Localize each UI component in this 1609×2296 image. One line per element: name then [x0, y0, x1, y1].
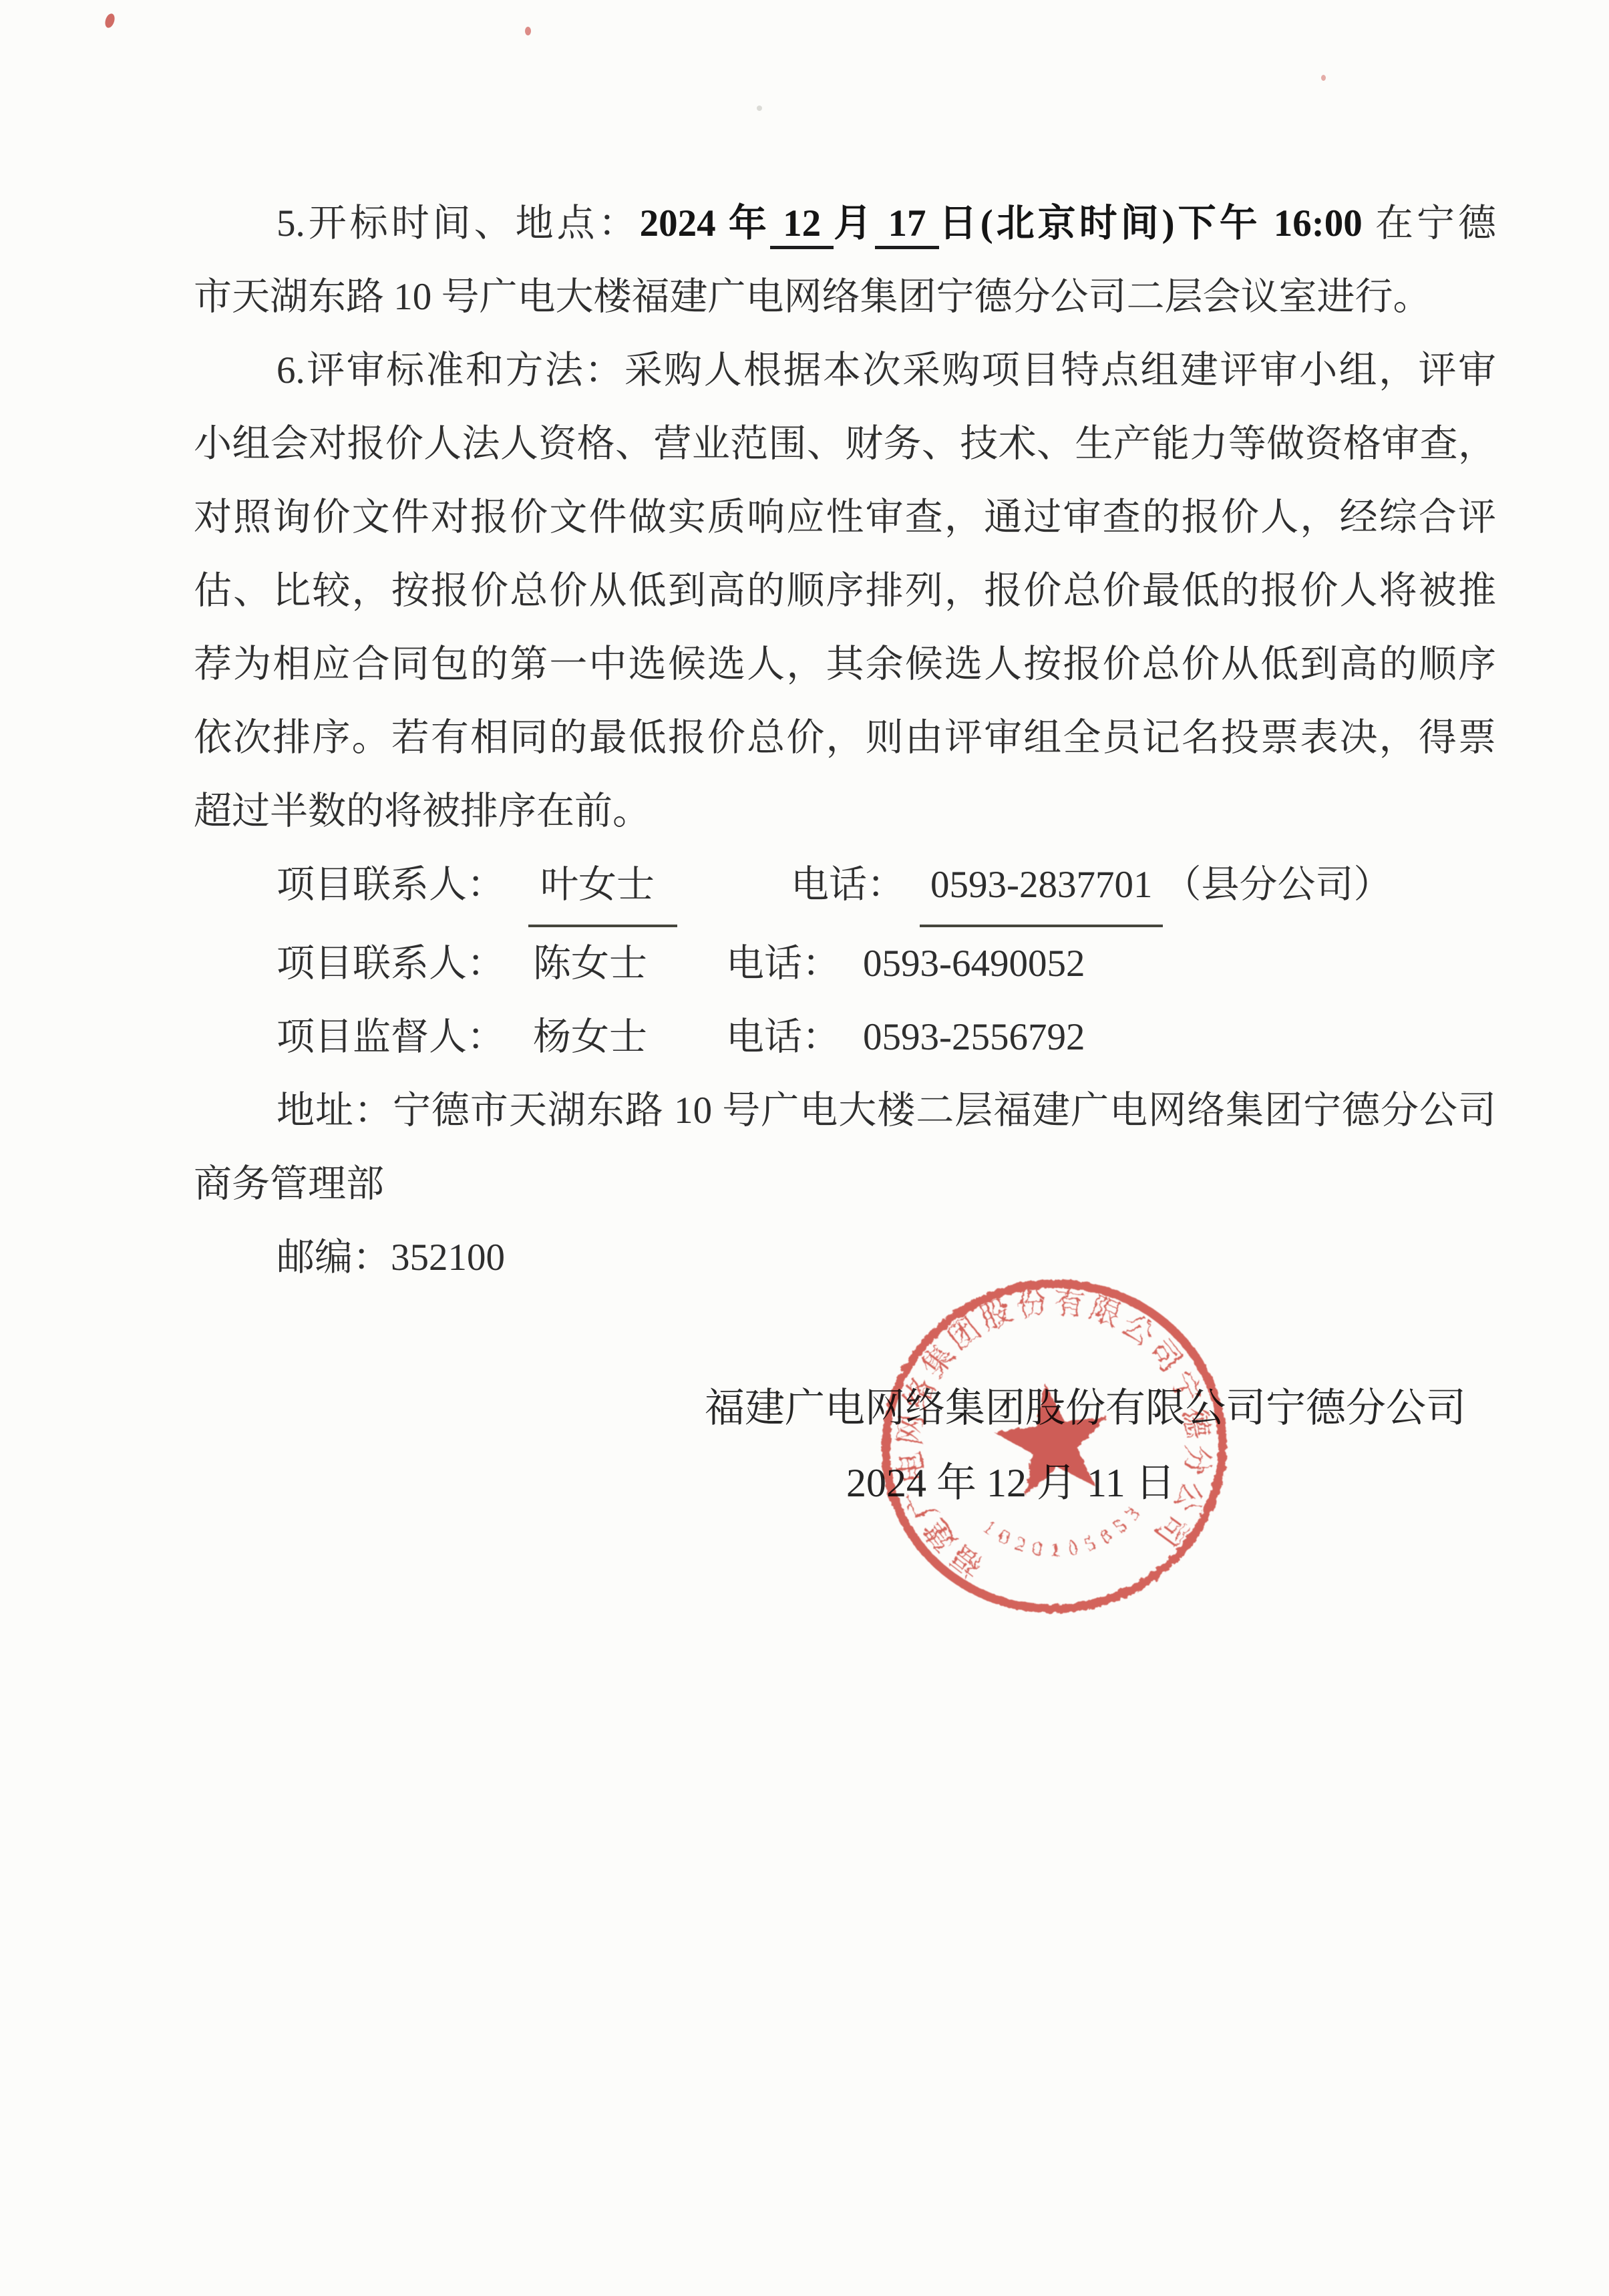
body-line-review-3: 对照询价文件对报价文件做实质响应性审查，通过审查的报价人，经综合评: [194, 481, 1496, 554]
contact-name: 杨女士: [533, 1001, 647, 1074]
body-line-opening-place: 市天湖东路 10 号广电大楼福建广电网络集团宁德分公司二层会议室进行。: [194, 261, 1496, 334]
signature-company-name: 福建广电网络集团股份有限公司宁德分公司: [194, 1371, 1496, 1445]
body-line-review-4: 估、比较，按报价总价从低到高的顺序排列，报价总价最低的报价人将被推: [194, 554, 1496, 628]
contact-name: 陈女士: [533, 927, 647, 1001]
opening-date-day-value: 17: [875, 202, 938, 249]
phone-label: 电话：: [791, 848, 905, 922]
contact-name-underlined: 叶女士: [528, 848, 677, 927]
scanned-document-page: 5.开标时间、地点：2024 年 12 月 17 日(北京时间)下午 16:00…: [0, 0, 1609, 2296]
phone-suffix: （县分公司）: [1163, 864, 1391, 906]
contact-label: 项目联系人：: [277, 848, 505, 922]
body-line-review-5: 荐为相应合同包的第一中选候选人，其余候选人按报价总价从低到高的顺序: [194, 628, 1496, 701]
item5-label: 5.开标时间、地点：: [277, 202, 640, 244]
address-line-2: 商务管理部: [194, 1148, 1496, 1221]
postal-code-line: 邮编：352100: [194, 1221, 1496, 1295]
body-line-review-6: 依次排序。若有相同的最低报价总价，则由评审组全员记名投票表决，得票: [194, 701, 1496, 775]
red-ink-speck: [525, 27, 531, 35]
red-ink-speck: [1321, 75, 1326, 81]
signature-date: 2024 年 12 月 11 日: [194, 1445, 1496, 1522]
phone-label: 电话：: [726, 1001, 840, 1074]
address-line-1: 地址：宁德市天湖东路 10 号广电大楼二层福建广电网络集团宁德分公司: [194, 1074, 1496, 1148]
body-line-review-2: 小组会对报价人法人资格、营业范围、财务、技术、生产能力等做资格审查，: [194, 407, 1496, 481]
opening-place-lead: 在宁德: [1363, 202, 1496, 244]
contact-label: 项目联系人：: [277, 927, 505, 1001]
body-line-opening-time: 5.开标时间、地点：2024 年 12 月 17 日(北京时间)下午 16:00…: [194, 187, 1496, 261]
gray-ink-speck: [757, 106, 762, 111]
opening-time-text: 日(北京时间)下午 16:00: [939, 202, 1363, 244]
contact-row: 项目联系人：叶女士电话：0593-2837701（县分公司）: [194, 848, 1496, 927]
phone-label: 电话：: [726, 927, 840, 1001]
phone-number-underlined: 0593-2837701: [920, 848, 1163, 927]
contact-row: 项目联系人：陈女士电话：0593-6490052: [194, 927, 1496, 1001]
body-line-review-7: 超过半数的将被排序在前。: [194, 775, 1496, 848]
body-line-review-1: 6.评审标准和方法：采购人根据本次采购项目特点组建评审小组，评审: [194, 334, 1496, 407]
opening-date-month-value: 12: [770, 202, 834, 249]
contact-row: 项目监督人：杨女士电话：0593-2556792: [194, 1001, 1496, 1074]
opening-date-year: 2024 年: [640, 202, 770, 244]
contact-label: 项目监督人：: [277, 1001, 505, 1074]
phone-number: 0593-6490052: [863, 927, 1085, 1001]
red-ink-speck: [104, 13, 116, 29]
phone-number: 0593-2556792: [863, 1001, 1085, 1074]
opening-date-month-label: 月: [834, 202, 875, 244]
document-body: 5.开标时间、地点：2024 年 12 月 17 日(北京时间)下午 16:00…: [194, 187, 1496, 1522]
